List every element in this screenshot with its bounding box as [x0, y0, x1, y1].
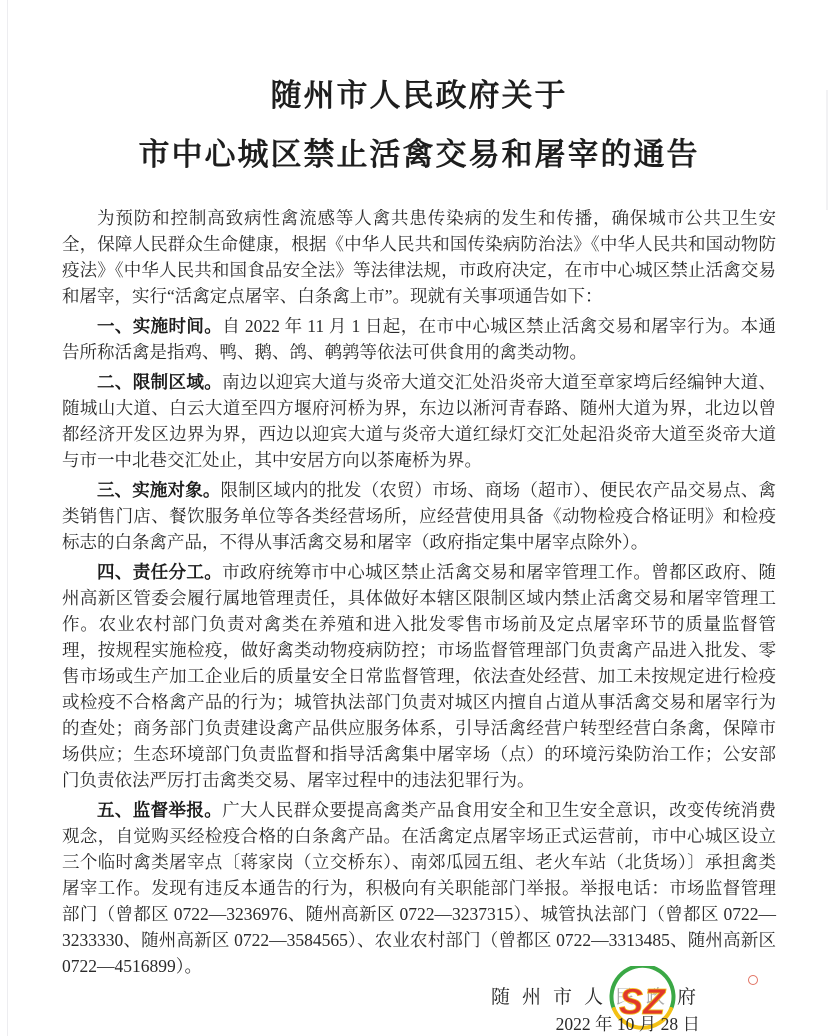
- paragraph-lead: 五、监督举报。: [97, 800, 222, 820]
- paragraph-implementation-time: 一、实施时间。自 2022 年 11 月 1 日起，在市中心城区禁止活禽交易和屠…: [62, 313, 776, 365]
- paragraph-restricted-area: 二、限制区域。南边以迎宾大道与炎帝大道交汇处沿炎帝大道至章家塆后经编钟大道、随城…: [62, 369, 776, 473]
- paragraph-lead: 三、实施对象。: [97, 480, 220, 500]
- signature-date: 2022 年 10 月 28 日: [556, 1011, 700, 1036]
- paragraph-responsibilities: 四、责任分工。市政府统筹市中心城区禁止活禽交易和屠宰管理工作。曾都区政府、随州高…: [62, 559, 776, 793]
- paragraph-lead: 一、实施时间。: [97, 316, 222, 336]
- paragraph-lead: 二、限制区域。: [97, 372, 222, 392]
- paragraph-target-subjects: 三、实施对象。限制区域内的批发（农贸）市场、商场（超市）、便民农产品交易点、禽类…: [62, 477, 776, 555]
- paragraph-intro: 为预防和控制高致病性禽流感等人禽共患传染病的发生和传播，确保城市公共卫生安全，保…: [62, 205, 776, 309]
- paragraph-text: 广大人民群众要提高禽类产品食用安全和卫生安全意识，改变传统消费观念，自觉购买经检…: [62, 800, 776, 976]
- paragraph-supervision-report: 五、监督举报。广大人民群众要提高禽类产品食用安全和卫生安全意识，改变传统消费观念…: [62, 797, 776, 979]
- title-line-2: 市中心城区禁止活禽交易和屠宰的通告: [62, 133, 776, 176]
- paragraph-text: 为预防和控制高致病性禽流感等人禽共患传染病的发生和传播，确保城市公共卫生安全，保…: [62, 208, 776, 306]
- paragraph-text: 市政府统筹市中心城区禁止活禽交易和屠宰管理工作。曾都区政府、随州高新区管委会履行…: [62, 562, 776, 790]
- paragraph-lead: 四、责任分工。: [97, 562, 222, 582]
- document-page: 随州市人民政府关于 市中心城区禁止活禽交易和屠宰的通告 为预防和控制高致病性禽流…: [0, 0, 828, 1036]
- document-body: 为预防和控制高致病性禽流感等人禽共患传染病的发生和传播，确保城市公共卫生安全，保…: [62, 205, 776, 979]
- document-title: 随州市人民政府关于 市中心城区禁止活禽交易和屠宰的通告: [62, 74, 776, 176]
- red-circle-mark: [748, 975, 758, 985]
- title-line-1: 随州市人民政府关于: [62, 74, 776, 117]
